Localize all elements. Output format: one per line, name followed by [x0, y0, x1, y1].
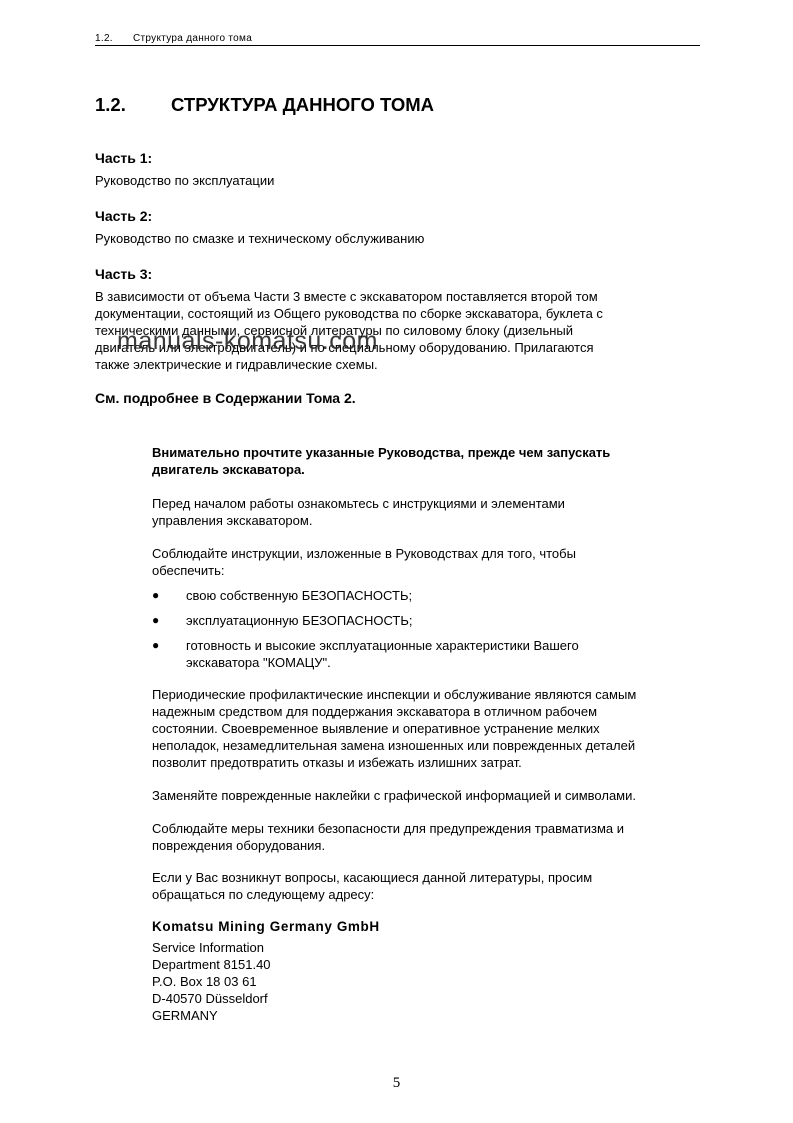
- part-1-heading: Часть 1:: [95, 150, 152, 166]
- bullet-icon: ●: [152, 612, 159, 629]
- maintenance-line: надежным средством для поддержания экска…: [152, 703, 712, 720]
- contact-line: Если у Вас возникнут вопросы, касающиеся…: [152, 869, 712, 886]
- warning-line: двигатель экскаватора.: [152, 461, 712, 478]
- intro-paragraph: Перед началом работы ознакомьтесь с инст…: [152, 495, 712, 529]
- address-line: Department 8151.40: [152, 956, 712, 973]
- bullet-icon: ●: [152, 587, 159, 604]
- maintenance-paragraph: Периодические профилактические инспекции…: [152, 686, 712, 771]
- safety-line: Соблюдайте меры техники безопасности для…: [152, 820, 712, 837]
- bullet-icon: ●: [152, 637, 159, 654]
- address-line: P.O. Box 18 03 61: [152, 973, 712, 990]
- running-header: 1.2.Структура данного тома: [95, 33, 700, 46]
- part-3-line: документации, состоящий из Общего руково…: [95, 305, 705, 322]
- bullet-text: готовность и высокие эксплуатационные ха…: [186, 637, 696, 671]
- intro-line: Перед началом работы ознакомьтесь с инст…: [152, 495, 712, 512]
- address-line: D-40570 Düsseldorf: [152, 990, 712, 1007]
- header-section-number: 1.2.: [95, 33, 133, 44]
- part-1-text: Руководство по эксплуатации: [95, 173, 274, 188]
- safety-line: повреждения оборудования.: [152, 837, 712, 854]
- maintenance-line: Периодические профилактические инспекции…: [152, 686, 712, 703]
- maintenance-line: неполадок, незамедлительная замена изнош…: [152, 737, 712, 754]
- observe-line: обеспечить:: [152, 562, 712, 579]
- address-block: Service Information Department 8151.40 P…: [152, 939, 712, 1024]
- bullet-text: свою собственную БЕЗОПАСНОСТЬ;: [186, 587, 696, 604]
- address-line: GERMANY: [152, 1007, 712, 1024]
- bullet-text: эксплуатационную БЕЗОПАСНОСТЬ;: [186, 612, 696, 629]
- bullet-line: экскаватора "КОМАЦУ".: [186, 654, 696, 671]
- contact-line: обращаться по следующему адресу:: [152, 886, 712, 903]
- part-2-heading: Часть 2:: [95, 208, 152, 224]
- address-line: Service Information: [152, 939, 712, 956]
- observe-paragraph: Соблюдайте инструкции, изложенные в Руко…: [152, 545, 712, 579]
- page-number: 5: [0, 1075, 793, 1092]
- header-section-title: Структура данного тома: [133, 33, 252, 44]
- part-2-text: Руководство по смазке и техническому обс…: [95, 231, 424, 246]
- page-title: 1.2.СТРУКТУРА ДАННОГО ТОМА: [95, 94, 434, 116]
- maintenance-line: позволит предотвратить отказы и избежать…: [152, 754, 712, 771]
- maintenance-line: состоянии. Своевременное выявление и опе…: [152, 720, 712, 737]
- warning-line: Внимательно прочтите указанные Руководст…: [152, 444, 712, 461]
- watermark: manuals-komatsu.com: [117, 327, 378, 356]
- decals-paragraph: Заменяйте поврежденные наклейки с графич…: [152, 787, 712, 804]
- company-name: Komatsu Mining Germany GmbH: [152, 918, 712, 935]
- observe-line: Соблюдайте инструкции, изложенные в Руко…: [152, 545, 712, 562]
- part-3-line: также электрические и гидравлические схе…: [95, 356, 705, 373]
- title-number: 1.2.: [95, 94, 171, 116]
- warning-paragraph: Внимательно прочтите указанные Руководст…: [152, 444, 712, 478]
- contact-paragraph: Если у Вас возникнут вопросы, касающиеся…: [152, 869, 712, 903]
- see-more-note: См. подробнее в Содержании Тома 2.: [95, 390, 356, 406]
- title-text: СТРУКТУРА ДАННОГО ТОМА: [171, 94, 434, 115]
- bullet-line: готовность и высокие эксплуатационные ха…: [186, 637, 696, 654]
- part-3-line: В зависимости от объема Части 3 вместе с…: [95, 288, 705, 305]
- safety-paragraph: Соблюдайте меры техники безопасности для…: [152, 820, 712, 854]
- intro-line: управления экскаватором.: [152, 512, 712, 529]
- part-3-heading: Часть 3:: [95, 266, 152, 282]
